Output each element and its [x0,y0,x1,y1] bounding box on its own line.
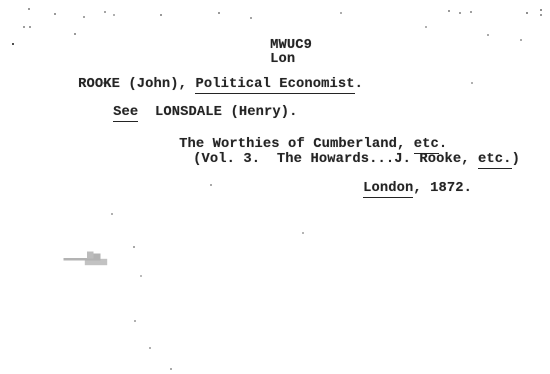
catalogue-card: MWUC9 Lon ROOKE (John), Political Econom… [0,0,550,374]
heading-period: . [355,77,363,92]
volume-note-etc-underlined: etc. [478,152,512,169]
scan-noise-specks [0,0,2,2]
imprint-year: , 1872. [413,181,472,196]
volume-note-close-paren: ) [512,152,520,167]
see-reference-target: LONSDALE (Henry). [138,105,297,120]
imprint-place-underlined: London [363,181,413,198]
see-word-underlined: See [113,105,138,122]
imprint-line: London, 1872. [330,165,472,213]
pencil-smudge [63,250,87,258]
